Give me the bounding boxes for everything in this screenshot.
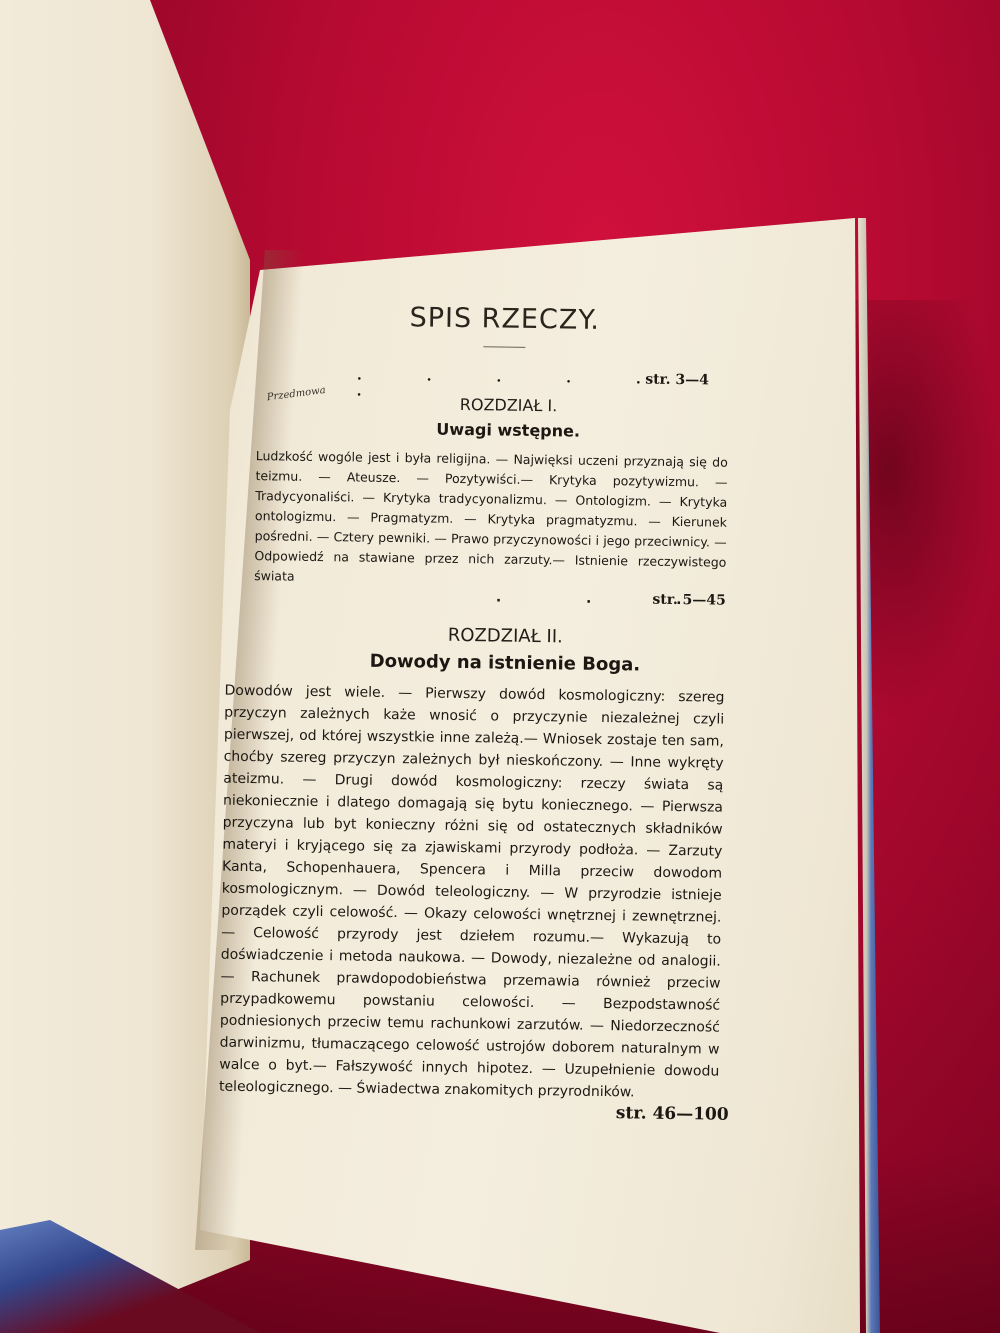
table-of-contents: SPIS RZECZY. Przedmowa . . . . . . str. …: [238, 300, 729, 1133]
chapter-2-summary: Dowodów jest wiele. — Pierwszy dowód kos…: [219, 680, 725, 1105]
chapter-2-pages: str. 46—100: [616, 1103, 729, 1125]
chapter-1-title: Uwagi wstępne.: [288, 418, 728, 443]
preface-entry: Przedmowa . . . . . . str. 3—4: [249, 366, 729, 399]
chapter-1-summary: Ludzkość wogóle jest i była religijna. —…: [254, 446, 728, 593]
title-divider: [483, 346, 525, 348]
chapter-2-title: Dowody na istnienie Boga.: [285, 650, 725, 677]
chapter-2-number: ROZDZIAŁ II.: [285, 623, 725, 650]
toc-title: SPIS RZECZY.: [280, 300, 730, 337]
chapter-1-pages: str. 5—45: [652, 592, 726, 609]
preface-pages: str. 3—4: [645, 372, 709, 389]
